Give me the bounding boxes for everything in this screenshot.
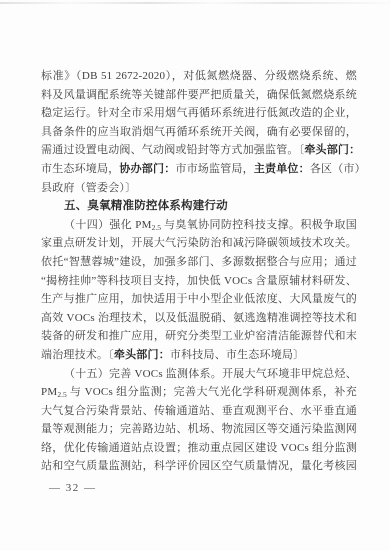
text-line: 县政府（管委会）〕 — [41, 179, 357, 198]
subscript-run: 2.5 — [152, 223, 161, 232]
document-text-block: 标准》（DB 51 2672-2020），对低氮燃烧器、分级燃烧系统、燃料及风量… — [41, 67, 357, 476]
bold-label-run: 协办部门： — [119, 163, 175, 175]
text-line: （十五）完善 VOCs 监测体系。开展大气环境非甲烷总烃、 — [41, 365, 357, 384]
text-run: 高效 VOCs 治理技术，以及低温脱硝、氨逃逸精准调控等技术和 — [41, 312, 357, 324]
text-line: 具备条件的应当取消烟气再循环系统开关阀，确有必要保留的， — [41, 123, 357, 142]
text-line: 站和空气质量监测站，科学评价园区空气质量情况，量化考核园 — [41, 457, 357, 476]
page-number: — 32 — — [49, 482, 97, 494]
text-run: 大气复合污染背景站、传输通道站、垂直观测平台、水平垂直通 — [41, 405, 357, 417]
text-run: 县政府（管委会）〕 — [41, 182, 136, 194]
text-run: 与臭氧协同防控科技支撑。积极争取国 — [161, 219, 357, 231]
text-run: 市生态环境局， — [41, 163, 119, 175]
scanned-document-page: 标准》（DB 51 2672-2020），对低氮燃烧器、分级燃烧系统、燃料及风量… — [0, 0, 390, 551]
text-run: 络，优化传输通道站点设置；推动重点园区建设 VOCs 组分监测 — [41, 442, 357, 454]
text-line: 端治理技术。〔牵头部门：市科技局、市生态环境局〕 — [41, 346, 357, 365]
text-line: 装备的研发和推广应用，研究分类型工业炉窑清洁能源替代和末 — [41, 327, 357, 346]
bold-label-run: 牵头部门： — [114, 349, 170, 361]
text-run: 市市场监管局， — [175, 163, 253, 175]
subscript-run: 2.5 — [57, 390, 66, 399]
text-run: 与 VOCs 组分监测；完善大气光化学科研观测体系，补充 — [67, 386, 357, 398]
text-run: 家重点研发计划，开展大气污染防治和减污降碳领域技术攻关。 — [41, 237, 357, 249]
text-run: （十四）强化 PM — [64, 219, 152, 231]
text-line: 生产与推广应用，加快适用于中小型企业低浓度、大风量废气的 — [41, 290, 357, 309]
text-line: 需通过设置电动阀、气动阀或铅封等方式加强监管。〔牵头部门： — [41, 141, 357, 160]
text-line: 高效 VOCs 治理技术，以及低温脱硝、氨逃逸精准调控等技术和 — [41, 309, 357, 328]
text-line: 料及风量调配系统等关键部件要严把质量关，确保低氮燃烧系统 — [41, 86, 357, 105]
text-run: （十五）完善 VOCs 监测体系。开展大气环境非甲烷总烃、 — [64, 368, 357, 380]
text-line: 市生态环境局，协办部门：市市场监管局，主责单位：各区（市） — [41, 160, 357, 179]
bold-label-run: 牵头部门： — [304, 144, 360, 156]
text-line: “揭榜挂帅”等科技项目支持，加快低 VOCs 含量原辅材料研发、 — [41, 272, 357, 291]
text-run: 站和空气质量监测站，科学评价园区空气质量情况，量化考核园 — [41, 460, 357, 472]
text-line: 家重点研发计划，开展大气污染防治和减污降碳领域技术攻关。 — [41, 234, 357, 253]
text-run: 装备的研发和推广应用，研究分类型工业炉窑清洁能源替代和末 — [41, 330, 357, 342]
bold-label-run: 主责单位： — [254, 163, 310, 175]
text-run: “揭榜挂帅”等科技项目支持，加快低 VOCs 含量原辅材料研发、 — [41, 275, 357, 287]
text-line: 络，优化传输通道站点设置；推动重点园区建设 VOCs 组分监测 — [41, 439, 357, 458]
text-run: 料及风量调配系统等关键部件要严把质量关，确保低氮燃烧系统 — [41, 89, 357, 101]
text-run: 稳定运行。针对全市采用烟气再循环系统进行低氮改造的企业， — [41, 107, 357, 119]
text-run: 标准》（DB 51 2672-2020），对低氮燃烧器、分级燃烧系统、燃 — [41, 70, 357, 82]
text-line: 标准》（DB 51 2672-2020），对低氮燃烧器、分级燃烧系统、燃 — [41, 67, 357, 86]
text-run: 端治理技术。〔 — [41, 349, 114, 361]
text-run: 市科技局、市生态环境局〕 — [170, 349, 304, 361]
text-line: 大气复合污染背景站、传输通道站、垂直观测平台、水平垂直通 — [41, 402, 357, 421]
text-run: PM — [41, 386, 57, 398]
text-line: 稳定运行。针对全市采用烟气再循环系统进行低氮改造的企业， — [41, 104, 357, 123]
text-line: 量等观测能力；完善路边站、机场、物流园区等交通污染监测网 — [41, 420, 357, 439]
scan-artifact-top-edge — [0, 2, 390, 4]
text-run: 依托“智慧蓉城”建设，加强多部门、多源数据整合与应用；通过 — [41, 256, 357, 268]
text-line: PM2.5 与 VOCs 组分监测；完善大气光化学科研观测体系，补充 — [41, 383, 357, 402]
text-run: 具备条件的应当取消烟气再循环系统开关阀，确有必要保留的， — [41, 126, 357, 138]
text-run: 需通过设置电动阀、气动阀或铅封等方式加强监管。〔 — [41, 144, 304, 156]
text-run: 生产与推广应用，加快适用于中小型企业低浓度、大风量废气的 — [41, 293, 357, 305]
text-line: 依托“智慧蓉城”建设，加强多部门、多源数据整合与应用；通过 — [41, 253, 357, 272]
section-heading: 五、臭氧精准防控体系构建行动 — [41, 197, 357, 216]
text-line: （十四）强化 PM2.5 与臭氧协同防控科技支撑。积极争取国 — [41, 216, 357, 235]
text-run: 各区（市） — [310, 163, 366, 175]
text-run: 量等观测能力；完善路边站、机场、物流园区等交通污染监测网 — [41, 423, 357, 435]
bold-label-run: 五、臭氧精准防控体系构建行动 — [64, 200, 228, 212]
